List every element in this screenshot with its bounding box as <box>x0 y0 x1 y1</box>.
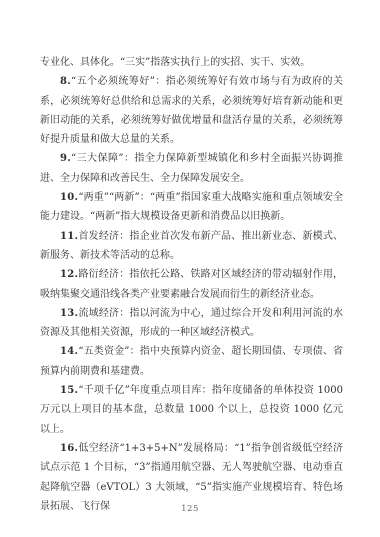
paragraph-number: 12. <box>60 269 78 280</box>
document-text-block: 专业化、具体化。“三实”指落实执行上的实招、实干、实效。 8.“五个必须统筹好”… <box>40 53 343 516</box>
paragraph-number: 11. <box>60 231 78 242</box>
paragraph-text: 首发经济：指企业首次发布新产品、推出新业态、新模式、新服务、新技术等活动的总称。 <box>40 231 343 261</box>
paragraph-text: “千项千亿”年度重点项目库：指年度储备的单体投资 1000 万元以上项目的基本盘… <box>40 385 343 435</box>
paragraph-number: 10. <box>60 192 78 203</box>
paragraph-number: 14. <box>60 346 78 357</box>
paragraph-number: 13. <box>60 308 78 319</box>
paragraph-text: “两重”“两新”：“两重”指国家重大战略实施和重点领域安全能力建设。“两新”指大… <box>40 192 343 222</box>
paragraph-number: 8. <box>60 76 71 87</box>
paragraph-text: 专业化、具体化。“三实”指落实执行上的实招、实干、实效。 <box>40 57 310 68</box>
paragraph-item-8: 8.“五个必须统筹好”：指必须统筹好有效市场与有为政府的关系，必须统筹好总供给和… <box>40 72 343 149</box>
paragraph-continuation: 专业化、具体化。“三实”指落实执行上的实招、实干、实效。 <box>40 53 343 72</box>
paragraph-number: 9. <box>60 153 71 164</box>
paragraph-item-10: 10.“两重”“两新”：“两重”指国家重大战略实施和重点领域安全能力建设。“两新… <box>40 188 343 227</box>
page-footer: 125 <box>0 496 380 515</box>
paragraph-text: “三大保障”：指全力保障新型城镇化和乡村全面振兴协调推进、全力保障和改善民生、全… <box>40 153 343 183</box>
paragraph-item-13: 13.流域经济：指以河流为中心，通过综合开发和利用河流的水资源及其他相关资源，形… <box>40 304 343 343</box>
paragraph-item-15: 15.“千项千亿”年度重点项目库：指年度储备的单体投资 1000 万元以上项目的… <box>40 381 343 439</box>
paragraph-item-9: 9.“三大保障”：指全力保障新型城镇化和乡村全面振兴协调推进、全力保障和改善民生… <box>40 149 343 188</box>
paragraph-text: 路衍经济：指依托公路、铁路对区域经济的带动辐射作用，吸纳集聚交通沿线各类产业要素… <box>40 269 343 299</box>
paragraph-number: 15. <box>60 385 78 396</box>
paragraph-text: 流域经济：指以河流为中心，通过综合开发和利用河流的水资源及其他相关资源，形成的一… <box>40 308 343 338</box>
paragraph-item-12: 12.路衍经济：指依托公路、铁路对区域经济的带动辐射作用，吸纳集聚交通沿线各类产… <box>40 265 343 304</box>
paragraph-number: 16. <box>60 443 78 454</box>
paragraph-item-14: 14.“五类资金”：指中央预算内资金、超长期国债、专项债、省预算内前期费和基建费… <box>40 342 343 381</box>
paragraph-text: “五类资金”：指中央预算内资金、超长期国债、专项债、省预算内前期费和基建费。 <box>40 346 343 376</box>
page-number: 125 <box>181 504 199 514</box>
paragraph-text: “五个必须统筹好”：指必须统筹好有效市场与有为政府的关系，必须统筹好总供给和总需… <box>40 76 343 145</box>
document-page: 专业化、具体化。“三实”指落实执行上的实招、实干、实效。 8.“五个必须统筹好”… <box>0 0 380 537</box>
paragraph-item-11: 11.首发经济：指企业首次发布新产品、推出新业态、新模式、新服务、新技术等活动的… <box>40 227 343 266</box>
